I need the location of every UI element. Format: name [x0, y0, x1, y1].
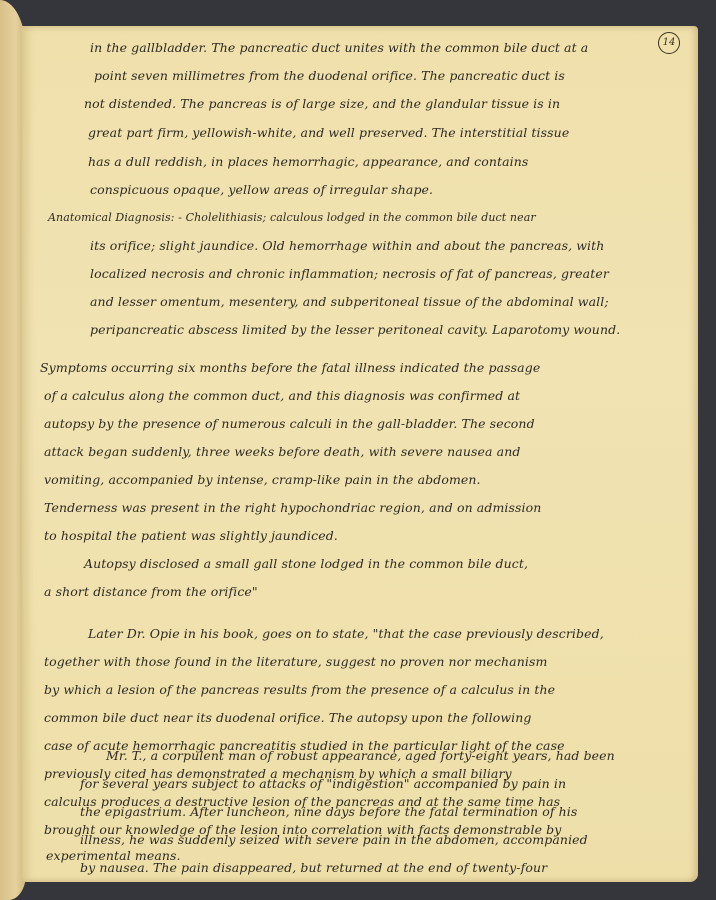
text-line: Symptoms occurring six months before the… [40, 360, 540, 375]
text-line: peripancreatic abscess limited by the le… [90, 322, 620, 337]
text-line: a short distance from the orifice" [44, 584, 258, 599]
text-line: Autopsy disclosed a small gall stone lod… [84, 556, 528, 571]
text-line: great part firm, yellowish-white, and we… [88, 125, 569, 140]
text-line: vomiting, accompanied by intense, cramp-… [44, 472, 481, 487]
text-line: together with those found in the literat… [44, 654, 547, 669]
text-line: not distended. The pancreas is of large … [84, 96, 560, 111]
text-line: illness, he was suddenly seized with sev… [80, 832, 588, 847]
text-line: to hospital the patient was slightly jau… [44, 528, 338, 543]
text-line: Anatomical Diagnosis: - Cholelithiasis; … [48, 211, 536, 224]
text-line: by which a lesion of the pancreas result… [44, 682, 555, 697]
text-line: Mr. T., a corpulent man of robust appear… [106, 748, 615, 763]
text-line: has a dull reddish, in places hemorrhagi… [88, 154, 528, 169]
text-line: its orifice; slight jaundice. Old hemorr… [90, 238, 604, 253]
text-line: Later Dr. Opie in his book, goes on to s… [88, 626, 604, 641]
text-line: conspicuous opaque, yellow areas of irre… [90, 182, 433, 197]
text-line: of a calculus along the common duct, and… [44, 388, 520, 403]
text-line: and lesser omentum, mesentery, and subpe… [90, 294, 609, 309]
text-line: the epigastrium. After luncheon, nine da… [80, 804, 577, 819]
text-line: autopsy by the presence of numerous calc… [44, 416, 535, 431]
text-line: point seven millimetres from the duodena… [94, 68, 565, 83]
text-line: Tenderness was present in the right hypo… [44, 500, 541, 515]
text-line: common bile duct near its duodenal orifi… [44, 710, 532, 725]
page-number: 14 [658, 32, 680, 54]
text-line: attack began suddenly, three weeks befor… [44, 444, 520, 459]
text-line: for several years subject to attacks of … [80, 776, 566, 791]
text-line: localized necrosis and chronic inflammat… [90, 266, 609, 281]
text-line: in the gallbladder. The pancreatic duct … [90, 40, 588, 55]
text-line: by nausea. The pain disappeared, but ret… [80, 860, 547, 875]
